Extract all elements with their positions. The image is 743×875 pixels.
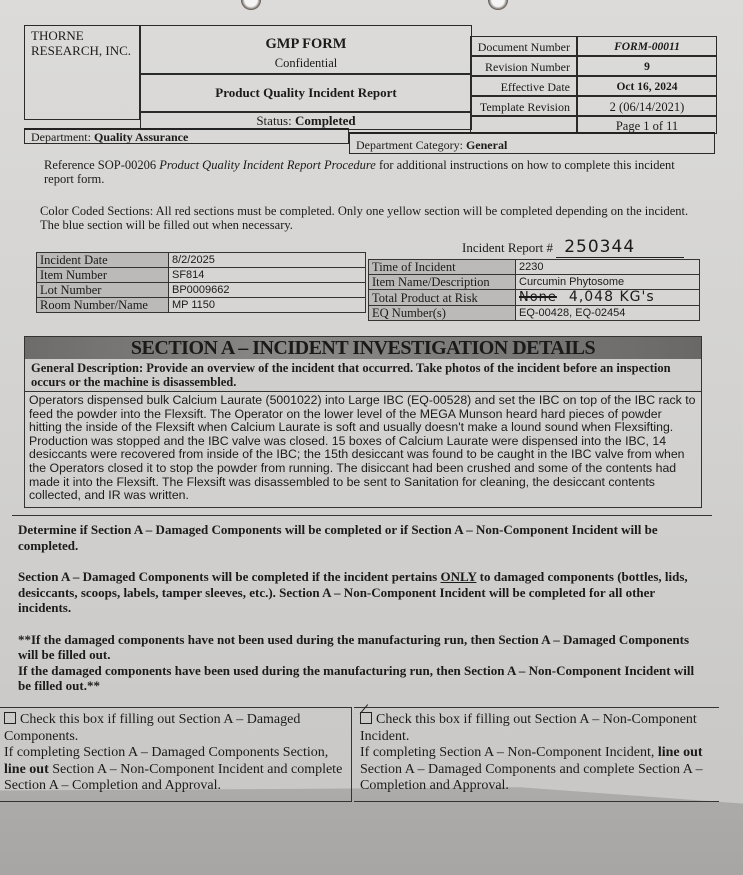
- info-row: Item NumberSF814: [37, 268, 366, 283]
- field-value[interactable]: 8/2/2025: [169, 253, 366, 268]
- field-label: Incident Date: [37, 253, 169, 268]
- section-a-title: SECTION A – INCIDENT INVESTIGATION DETAI…: [25, 337, 701, 359]
- status-value: Completed: [295, 113, 356, 128]
- field-value[interactable]: MP 1150: [169, 298, 366, 313]
- form-title-cell: GMP FORM Confidential: [140, 25, 472, 75]
- meta-label: Effective Date: [470, 76, 577, 96]
- determine-instruction: Determine if Section A – Damaged Compone…: [18, 522, 706, 553]
- choice-non-component-incident: Check this box if filling out Section A …: [354, 707, 719, 802]
- form-title: GMP FORM: [141, 36, 471, 53]
- sop-reference: Reference SOP-00206 Product Quality Inci…: [44, 158, 684, 186]
- section-instructions: Determine if Section A – Damaged Compone…: [12, 515, 712, 700]
- note-used: If the damaged components have been used…: [18, 663, 706, 694]
- department: Department: Quality Assurance: [24, 128, 349, 144]
- field-label: Item Number: [37, 268, 169, 283]
- info-row: Room Number/NameMP 1150: [37, 298, 366, 313]
- section-rule: Section A – Damaged Components will be c…: [18, 569, 706, 616]
- field-value[interactable]: Curcumin Phytosome: [516, 275, 700, 290]
- checkbox-non-component-incident[interactable]: [360, 712, 372, 724]
- general-description-text[interactable]: Operators dispensed bulk Calcium Laurate…: [25, 392, 701, 507]
- meta-value: FORM-00011: [577, 36, 717, 56]
- field-value[interactable]: BP0009662: [169, 283, 366, 298]
- field-label: Total Product at Risk: [369, 290, 516, 306]
- incident-info-right: Time of Incident2230Item Name/Descriptio…: [368, 259, 700, 321]
- checkbox-damaged-components[interactable]: [4, 712, 16, 724]
- meta-value: Oct 16, 2024: [577, 76, 717, 96]
- report-title: Product Quality Incident Report: [140, 73, 472, 113]
- choice-damaged-components: Check this box if filling out Section A …: [0, 707, 352, 802]
- field-value[interactable]: None4,048 KG's: [516, 290, 700, 306]
- company-name: THORNE RESEARCH, INC.: [24, 25, 140, 120]
- confidential-label: Confidential: [141, 56, 471, 71]
- info-row: EQ Number(s)EQ-00428, EQ-02454: [369, 306, 700, 321]
- general-description-prompt: General Description: Provide an overview…: [25, 359, 701, 392]
- info-row: Time of Incident2230: [369, 260, 700, 275]
- info-row: Lot NumberBP0009662: [37, 283, 366, 298]
- field-value[interactable]: SF814: [169, 268, 366, 283]
- incident-number-value[interactable]: 250344: [556, 237, 684, 258]
- field-label: Time of Incident: [369, 260, 516, 275]
- field-value[interactable]: 2230: [516, 260, 700, 275]
- section-a: SECTION A – INCIDENT INVESTIGATION DETAI…: [24, 336, 702, 508]
- field-label: Room Number/Name: [37, 298, 169, 313]
- info-row: Total Product at RiskNone4,048 KG's: [369, 290, 700, 306]
- handwritten-value: 4,048 KG's: [569, 289, 655, 305]
- info-row: Incident Date8/2/2025: [37, 253, 366, 268]
- field-label: Lot Number: [37, 283, 169, 298]
- struck-value: None: [519, 290, 557, 305]
- field-value[interactable]: EQ-00428, EQ-02454: [516, 306, 700, 321]
- field-label: EQ Number(s): [369, 306, 516, 321]
- meta-value: 9: [577, 56, 717, 76]
- meta-label: Document Number: [470, 36, 577, 56]
- meta-label: Revision Number: [470, 56, 577, 76]
- color-coding-note: Color Coded Sections: All red sections m…: [40, 204, 700, 232]
- meta-label: Template Revision: [470, 96, 577, 116]
- incident-report-number: Incident Report # 250344: [462, 237, 684, 258]
- field-label: Item Name/Description: [369, 275, 516, 290]
- info-row: Item Name/DescriptionCurcumin Phytosome: [369, 275, 700, 290]
- department-category: Department Category: General: [349, 132, 715, 154]
- meta-value: 2 (06/14/2021): [577, 96, 717, 116]
- incident-info-left: Incident Date8/2/2025Item NumberSF814Lot…: [36, 252, 366, 313]
- note-unused: **If the damaged components have not bee…: [18, 632, 706, 663]
